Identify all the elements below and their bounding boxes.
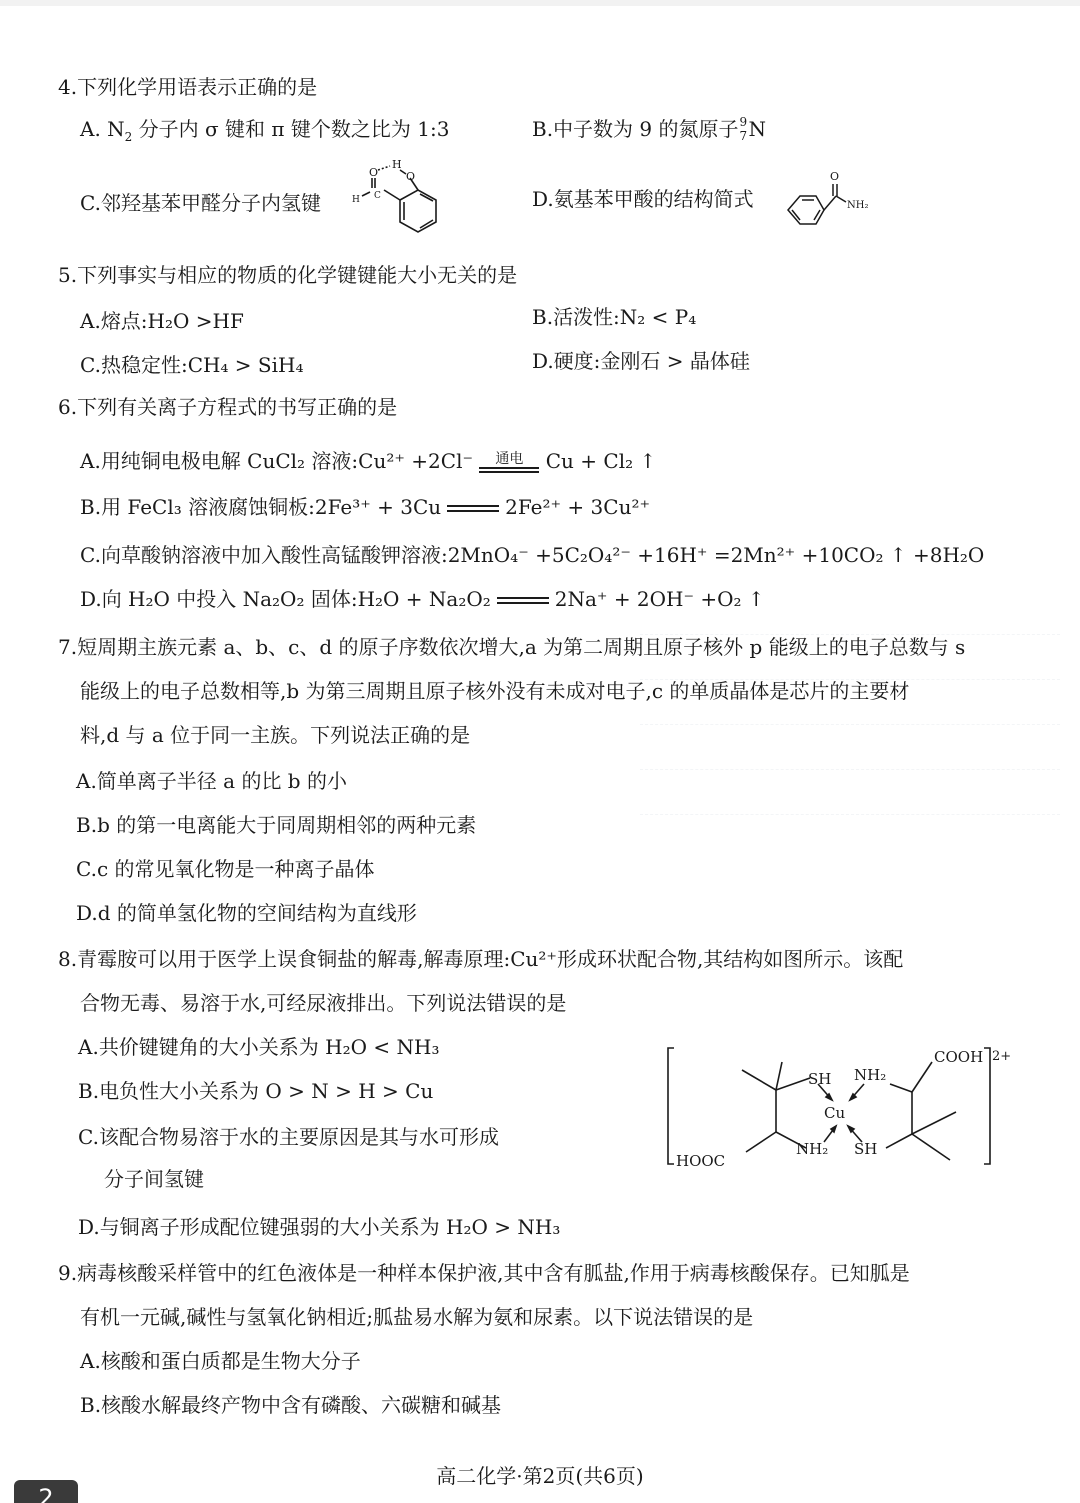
option-label: C. — [76, 857, 97, 881]
q5-option-c[interactable]: C.热稳定性:CH₄ > SiH₄ — [80, 352, 303, 378]
option-text: c 的常见氧化物是一种离子晶体 — [97, 857, 375, 881]
option-label: C. — [80, 191, 101, 215]
option-text: 共价键键角的大小关系为 H₂O < NH₃ — [99, 1035, 440, 1059]
svg-text:H: H — [352, 195, 360, 205]
option-label: D. — [532, 349, 554, 373]
option-text: 用纯铜电极电解 CuCl₂ 溶液:Cu²⁺ +2Cl⁻ — [101, 449, 473, 473]
option-label: B. — [532, 305, 553, 329]
svg-text:O: O — [406, 170, 415, 183]
option-text: 电负性大小关系为 O > N > H > Cu — [99, 1079, 433, 1103]
q5-option-d[interactable]: D.硬度:金刚石 > 晶体硅 — [532, 348, 750, 374]
option-text: 邻羟基苯甲醛分子内氢键 — [101, 191, 321, 215]
nh2-top-label: NH₂ — [854, 1066, 886, 1084]
option-label: D. — [76, 901, 98, 925]
option-text: 2Fe²⁺ + 3Cu²⁺ — [505, 495, 650, 519]
option-text: b 的第一电离能大于同周期相邻的两种元素 — [97, 813, 476, 837]
q4-option-b[interactable]: B.中子数为 9 的氮原子97N — [532, 116, 766, 142]
option-text: N — [107, 117, 125, 141]
q6-option-a[interactable]: A.用纯铜电极电解 CuCl₂ 溶液:Cu²⁺ +2Cl⁻ 通电 Cu + Cl… — [80, 448, 656, 474]
option-label: B. — [532, 117, 553, 141]
option-text: 熔点:H₂O >HF — [101, 309, 244, 333]
equals-sign — [447, 505, 499, 512]
question-text: 下列有关离子方程式的书写正确的是 — [77, 395, 397, 419]
q7-option-d[interactable]: D.d 的简单氢化物的空间结构为直线形 — [76, 900, 417, 926]
copper-complex-structure: SH NH₂ COOH 2+ Cu NH₂ SH HOOC — [664, 1040, 1024, 1170]
question-9-stem-line-1: 9.病毒核酸采样管中的红色液体是一种样本保护液,其中含有胍盐,作用于病毒核酸保存… — [58, 1260, 910, 1286]
o-hydroxybenzaldehyde-structure-icon: OHOCH — [340, 156, 440, 242]
option-label: C. — [80, 543, 101, 567]
q9-option-b[interactable]: B.核酸水解最终产物中含有磷酸、六碳糖和碱基 — [80, 1392, 501, 1418]
bleed-through-text — [880, 60, 1080, 420]
option-label: C. — [80, 353, 101, 377]
q7-option-b[interactable]: B.b 的第一电离能大于同周期相邻的两种元素 — [76, 812, 476, 838]
option-label: A. — [80, 449, 101, 473]
q8-option-d[interactable]: D.与铜离子形成配位键强弱的大小关系为 H₂O > NH₃ — [78, 1214, 560, 1240]
option-text: 与铜离子形成配位键强弱的大小关系为 H₂O > NH₃ — [100, 1215, 561, 1239]
q8-option-c-continued: 分子间氢键 — [104, 1166, 204, 1192]
question-number: 8. — [58, 947, 77, 971]
question-text: 短周期主族元素 a、b、c、d 的原子序数依次增大,a 为第二周期且原子核外 p… — [77, 635, 965, 659]
question-number: 9. — [58, 1261, 77, 1285]
svg-text:H: H — [392, 158, 402, 171]
q6-option-b[interactable]: B.用 FeCl₃ 溶液腐蚀铜板:2Fe³⁺ + 3Cu2Fe²⁺ + 3Cu²… — [80, 494, 650, 520]
q6-option-d[interactable]: D.向 H₂O 中投入 Na₂O₂ 固体:H₂O + Na₂O₂2Na⁺ + 2… — [80, 586, 765, 612]
q4-option-c[interactable]: C.邻羟基苯甲醛分子内氢键 — [80, 190, 321, 216]
cu-label: Cu — [824, 1104, 845, 1122]
question-text: 下列事实与相应的物质的化学键键能大小无关的是 — [77, 263, 517, 287]
element-symbol: N — [749, 117, 767, 141]
complex-bonds-icon: SH NH₂ COOH 2+ Cu NH₂ SH HOOC — [664, 1040, 1024, 1170]
page-number-badge[interactable]: 2 — [14, 1480, 78, 1503]
question-7-stem-line-2: 能级上的电子总数相等,b 为第三周期且原子核外没有未成对电子,c 的单质晶体是芯… — [80, 678, 909, 704]
q9-option-a[interactable]: A.核酸和蛋白质都是生物大分子 — [80, 1348, 361, 1374]
q4-option-a[interactable]: A. N2 分子内 σ 键和 π 键个数之比为 1:3 — [80, 116, 449, 142]
q7-option-a[interactable]: A.简单离子半径 a 的比 b 的小 — [76, 768, 347, 794]
option-text: 向草酸钠溶液中加入酸性高锰酸钾溶液:2MnO₄⁻ +5C₂O₄²⁻ +16H⁺ … — [101, 543, 984, 567]
reaction-condition: 通电 — [479, 452, 539, 466]
question-4-stem: 4.下列化学用语表示正确的是 — [58, 74, 317, 100]
option-label: B. — [80, 1393, 101, 1417]
option-text: 活泼性:N₂ < P₄ — [553, 305, 696, 329]
q8-option-b[interactable]: B.电负性大小关系为 O > N > H > Cu — [78, 1078, 433, 1104]
option-label: A. — [76, 769, 97, 793]
question-6-stem: 6.下列有关离子方程式的书写正确的是 — [58, 394, 397, 420]
q8-option-c[interactable]: C.该配合物易溶于水的主要原因是其与水可形成 — [78, 1124, 499, 1150]
equals-sign — [497, 597, 549, 604]
question-number: 5. — [58, 263, 77, 287]
option-label: A. — [80, 309, 101, 333]
question-number: 4. — [58, 75, 77, 99]
question-8-stem-line-2: 合物无毒、易溶于水,可经尿液排出。下列说法错误的是 — [80, 990, 566, 1016]
question-7-stem-line-1: 7.短周期主族元素 a、b、c、d 的原子序数依次增大,a 为第二周期且原子核外… — [58, 634, 965, 660]
question-text: 病毒核酸采样管中的红色液体是一种样本保护液,其中含有胍盐,作用于病毒核酸保存。已… — [77, 1261, 910, 1285]
page-footer: 高二化学·第2页(共6页) — [0, 1460, 1080, 1489]
option-text: 2Na⁺ + 2OH⁻ +O₂ ↑ — [555, 587, 765, 611]
question-text: 青霉胺可以用于医学上误食铜盐的解毒,解毒原理:Cu²⁺形成环状配合物,其结构如图… — [77, 947, 903, 971]
q5-option-b[interactable]: B.活泼性:N₂ < P₄ — [532, 304, 696, 330]
cooh-label: COOH — [934, 1048, 983, 1066]
q6-option-c[interactable]: C.向草酸钠溶液中加入酸性高锰酸钾溶液:2MnO₄⁻ +5C₂O₄²⁻ +16H… — [80, 542, 984, 568]
option-label: D. — [532, 187, 554, 211]
option-label: D. — [78, 1215, 100, 1239]
option-text: 用 FeCl₃ 溶液腐蚀铜板:2Fe³⁺ + 3Cu — [101, 495, 441, 519]
option-text: Cu + Cl₂ ↑ — [546, 449, 657, 473]
question-9-stem-line-2: 有机一元碱,碱性与氢氧化钠相近;胍盐易水解为氨和尿素。以下说法错误的是 — [80, 1304, 753, 1330]
option-text: 简单离子半径 a 的比 b 的小 — [97, 769, 347, 793]
nh2-bottom-label: NH₂ — [796, 1140, 828, 1158]
svg-text:O: O — [830, 170, 839, 183]
option-label: A. — [78, 1035, 99, 1059]
option-label: A. — [80, 117, 101, 141]
option-label: B. — [80, 495, 101, 519]
question-text: 下列化学用语表示正确的是 — [77, 75, 317, 99]
hooc-label: HOOC — [676, 1152, 725, 1170]
option-text: 硬度:金刚石 > 晶体硅 — [554, 349, 750, 373]
question-number: 6. — [58, 395, 77, 419]
option-text: 核酸和蛋白质都是生物大分子 — [101, 1349, 361, 1373]
option-text: 核酸水解最终产物中含有磷酸、六碳糖和碱基 — [101, 1393, 501, 1417]
question-5-stem: 5.下列事实与相应的物质的化学键键能大小无关的是 — [58, 262, 517, 288]
q8-option-a[interactable]: A.共价键键角的大小关系为 H₂O < NH₃ — [78, 1034, 439, 1060]
question-8-stem-line-1: 8.青霉胺可以用于医学上误食铜盐的解毒,解毒原理:Cu²⁺形成环状配合物,其结构… — [58, 946, 903, 972]
option-label: B. — [76, 813, 97, 837]
page-top-edge — [0, 0, 1080, 6]
sh-bottom-label: SH — [854, 1140, 877, 1158]
option-label: C. — [78, 1125, 99, 1149]
option-text: 向 H₂O 中投入 Na₂O₂ 固体:H₂O + Na₂O₂ — [102, 587, 491, 611]
question-7-stem-line-3: 料,d 与 a 位于同一主族。下列说法正确的是 — [80, 722, 470, 748]
option-label: D. — [80, 587, 102, 611]
option-label: A. — [80, 1349, 101, 1373]
q5-option-a[interactable]: A.熔点:H₂O >HF — [80, 308, 244, 334]
svg-text:NH₂: NH₂ — [847, 200, 868, 211]
option-text: 该配合物易溶于水的主要原因是其与水可形成 — [99, 1125, 499, 1149]
electrolysis-equals-sign: 通电 — [479, 452, 539, 473]
svg-text:C: C — [374, 191, 381, 201]
svg-text:O: O — [369, 166, 378, 179]
isotope-notation: 97 — [739, 116, 749, 136]
q7-option-c[interactable]: C.c 的常见氧化物是一种离子晶体 — [76, 856, 375, 882]
sh-top-label: SH — [808, 1070, 831, 1088]
option-label: B. — [78, 1079, 99, 1103]
benzamide-structure-icon: ONH₂ — [784, 166, 874, 230]
option-text: 热稳定性:CH₄ > SiH₄ — [101, 353, 304, 377]
option-text: 氨基苯甲酸的结构简式 — [554, 187, 754, 211]
option-text: 中子数为 9 的氮原子 — [553, 117, 738, 141]
q4-option-d[interactable]: D.氨基苯甲酸的结构简式 — [532, 186, 754, 212]
charge-label: 2+ — [992, 1049, 1011, 1064]
option-text: d 的简单氢化物的空间结构为直线形 — [98, 901, 417, 925]
question-number: 7. — [58, 635, 77, 659]
option-text: 分子内 σ 键和 π 键个数之比为 1:3 — [132, 117, 449, 141]
